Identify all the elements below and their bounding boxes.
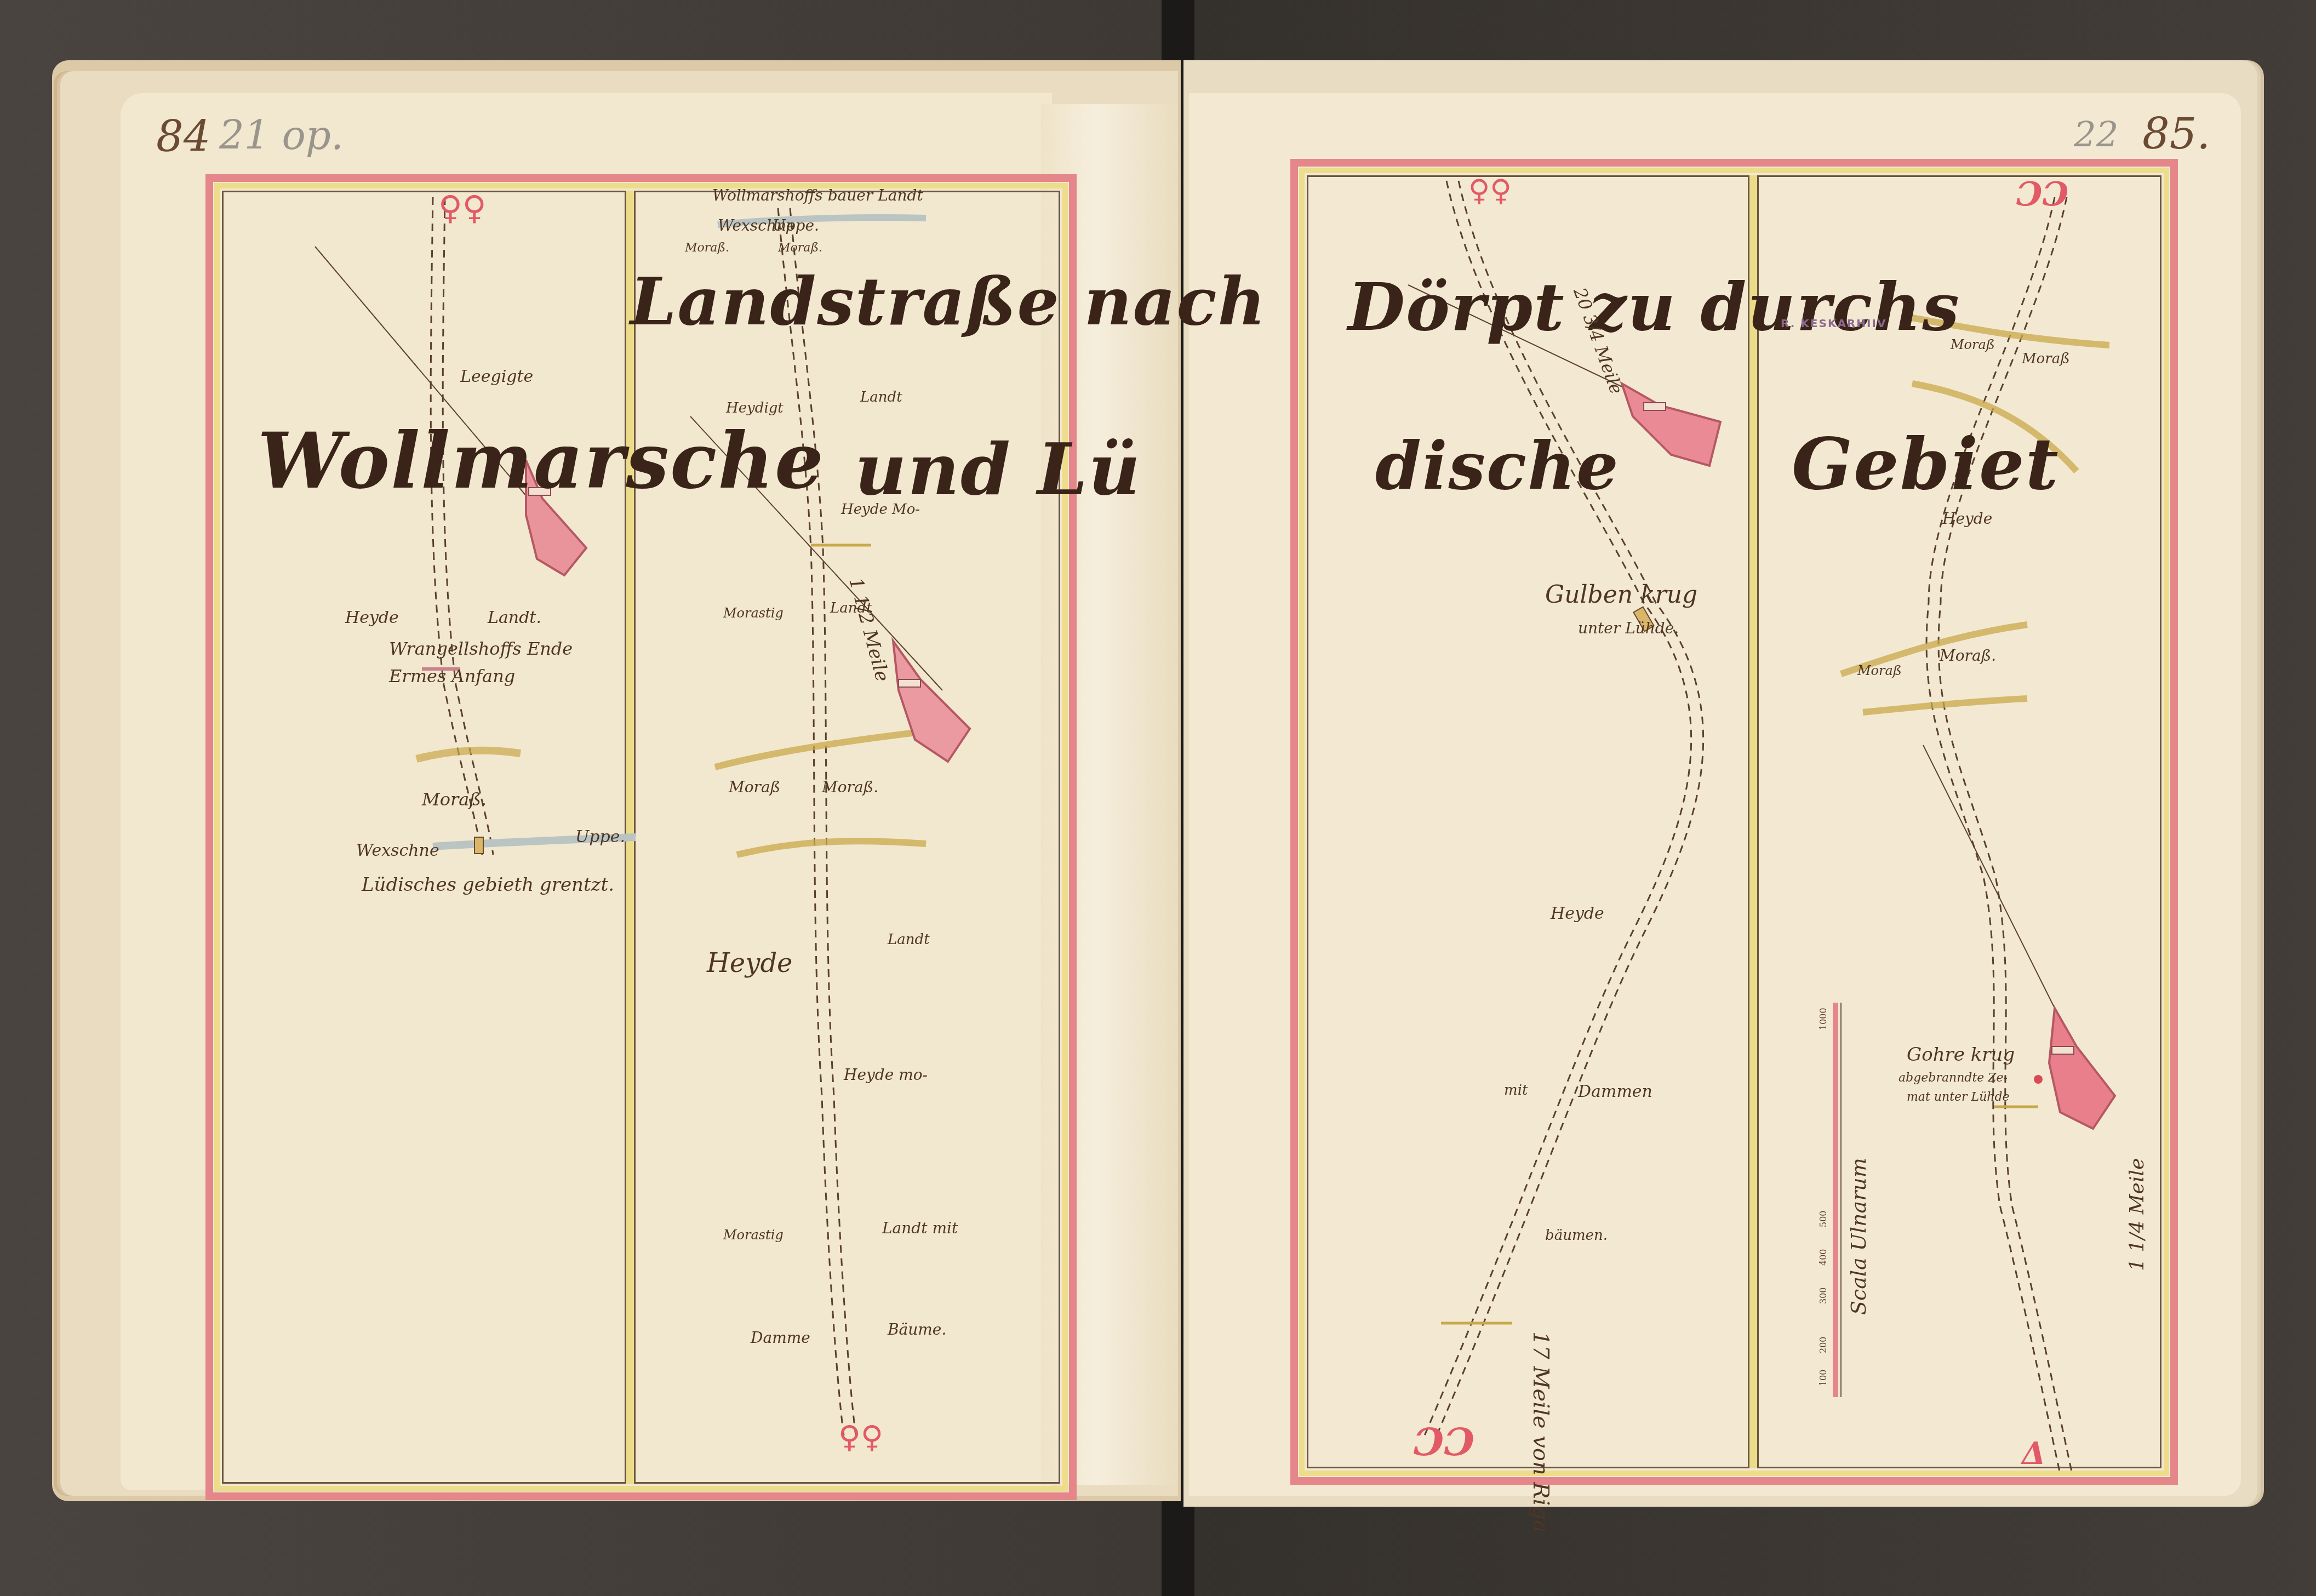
label-morastig: Morastig <box>723 605 784 621</box>
scale-tick-1000: 1000 <box>1818 1008 1828 1030</box>
label-morastig: Morastig <box>723 1227 784 1243</box>
label-baeumen: bäumen. <box>1545 1227 1608 1244</box>
map-title-und-lu: und Lü <box>855 427 1141 511</box>
marsh-edge <box>416 751 521 759</box>
venus-symbol-bottom: ♀♀ <box>838 1419 883 1455</box>
label-landt: Landt. <box>488 608 541 627</box>
venus-symbol-top-right: ♀♀ <box>1468 173 1512 208</box>
road-doerpt <box>1425 181 1703 1435</box>
label-ermes-anfang: Ermes Anfang <box>389 666 515 687</box>
label-morass: Moraß. <box>1940 647 1996 665</box>
archive-stamp: R. KESKARHIIV <box>1781 317 1886 330</box>
label-heyde-large: Heyde <box>707 948 793 979</box>
label-heydigt: Heydigt <box>726 400 784 416</box>
label-heyde-mo: Heyde Mo- <box>841 501 920 518</box>
label-abgebranndte: abgebranndte Ze- <box>1898 1071 2008 1085</box>
label-leegigte: Leegigte <box>460 367 533 386</box>
bridge-icon <box>474 837 483 854</box>
crescent-symbol-top: ƆƆ <box>2016 175 2069 214</box>
label-landt: Landt <box>888 931 930 948</box>
label-morass-top-2: Moraß. <box>778 241 822 255</box>
venus-symbol-top-left: ♀♀ <box>438 189 487 227</box>
crescent-symbol-bottom: ƆƆ <box>1414 1419 1474 1465</box>
label-morass: Moraß <box>729 778 780 796</box>
map-title-doerpt-zu-durchs: Dörpt zu durchs <box>1348 268 1960 346</box>
map-features-layer <box>0 0 2316 1596</box>
label-mit: mit <box>1504 1082 1528 1099</box>
label-wollmarshoffs: Wollmarshoffs bauer Landt <box>712 186 923 204</box>
compass-rose-icon <box>1611 373 1737 482</box>
scale-bar-title: Scala Ulnarum <box>1846 1158 1871 1315</box>
label-landt-mit: Landt mit <box>882 1219 958 1237</box>
scale-tick-500: 500 <box>1818 1210 1828 1227</box>
label-damme: Damme <box>751 1329 810 1347</box>
label-unter-luehde: mat unter Lühde <box>1907 1090 2010 1104</box>
label-gohre-krug: Gohre krug <box>1907 1044 2015 1066</box>
map-title-dische: dische <box>1375 427 1620 505</box>
label-luedisches-gebieth: Lüdisches gebieth grentzt. <box>362 874 614 896</box>
road-landstrasse <box>778 208 856 1435</box>
label-heyde: Heyde <box>1942 510 1992 528</box>
label-morass-top-1: Moraß. <box>685 241 729 255</box>
scale-tick-200: 200 <box>1818 1336 1828 1353</box>
label-heyde: Heyde <box>345 608 399 627</box>
label-distance-meile: 1 1/4 Meile <box>2126 1158 2148 1271</box>
label-distance-riga: 17 Meile von Riga <box>1528 1331 1553 1533</box>
label-uppe: Uppe. <box>575 827 625 846</box>
label-morass: Moraß <box>1857 663 1902 678</box>
label-morass: Moraß <box>2022 351 2070 367</box>
map-title-wollmarsche: Wollmarsche <box>258 416 825 506</box>
label-heyde: Heyde <box>1551 904 1604 923</box>
scale-tick-300: 300 <box>1818 1287 1828 1304</box>
triangle-symbol-bottom: Δ <box>2022 1435 2045 1472</box>
label-wexschne: Wexschne <box>356 841 439 860</box>
label-gulben-krug: Gulben krug <box>1545 581 1697 609</box>
label-uppe-top: Uppe. <box>773 216 819 234</box>
label-baeume: Bäume. <box>888 1320 946 1338</box>
label-morass: Moraß <box>1951 337 1995 352</box>
map-title-gebiet: Gebiet <box>1792 422 2060 506</box>
scale-tick-400: 400 <box>1818 1249 1828 1266</box>
label-heyde-mo: Heyde mo- <box>844 1066 928 1084</box>
marsh-edge <box>737 841 926 855</box>
map-title-landstrasse-nach: Landstraße nach <box>630 263 1267 340</box>
label-dammen: Dammen <box>1578 1082 1652 1101</box>
label-landt: Landt <box>860 389 902 405</box>
label-wrangellshoffs-ende: Wrangellshoffs Ende <box>389 638 573 659</box>
scale-tick-100: 100 <box>1818 1369 1828 1386</box>
label-morass: Moraß. <box>822 778 878 796</box>
label-unter-luehde: unter Lühde. <box>1578 619 1679 637</box>
marsh-edge <box>1863 699 2027 712</box>
label-morass: Moraß. <box>422 789 487 810</box>
compass-rose-icon <box>2027 1003 2126 1140</box>
compass-rose-icon <box>877 630 992 767</box>
scale-bar <box>1833 1003 1841 1397</box>
